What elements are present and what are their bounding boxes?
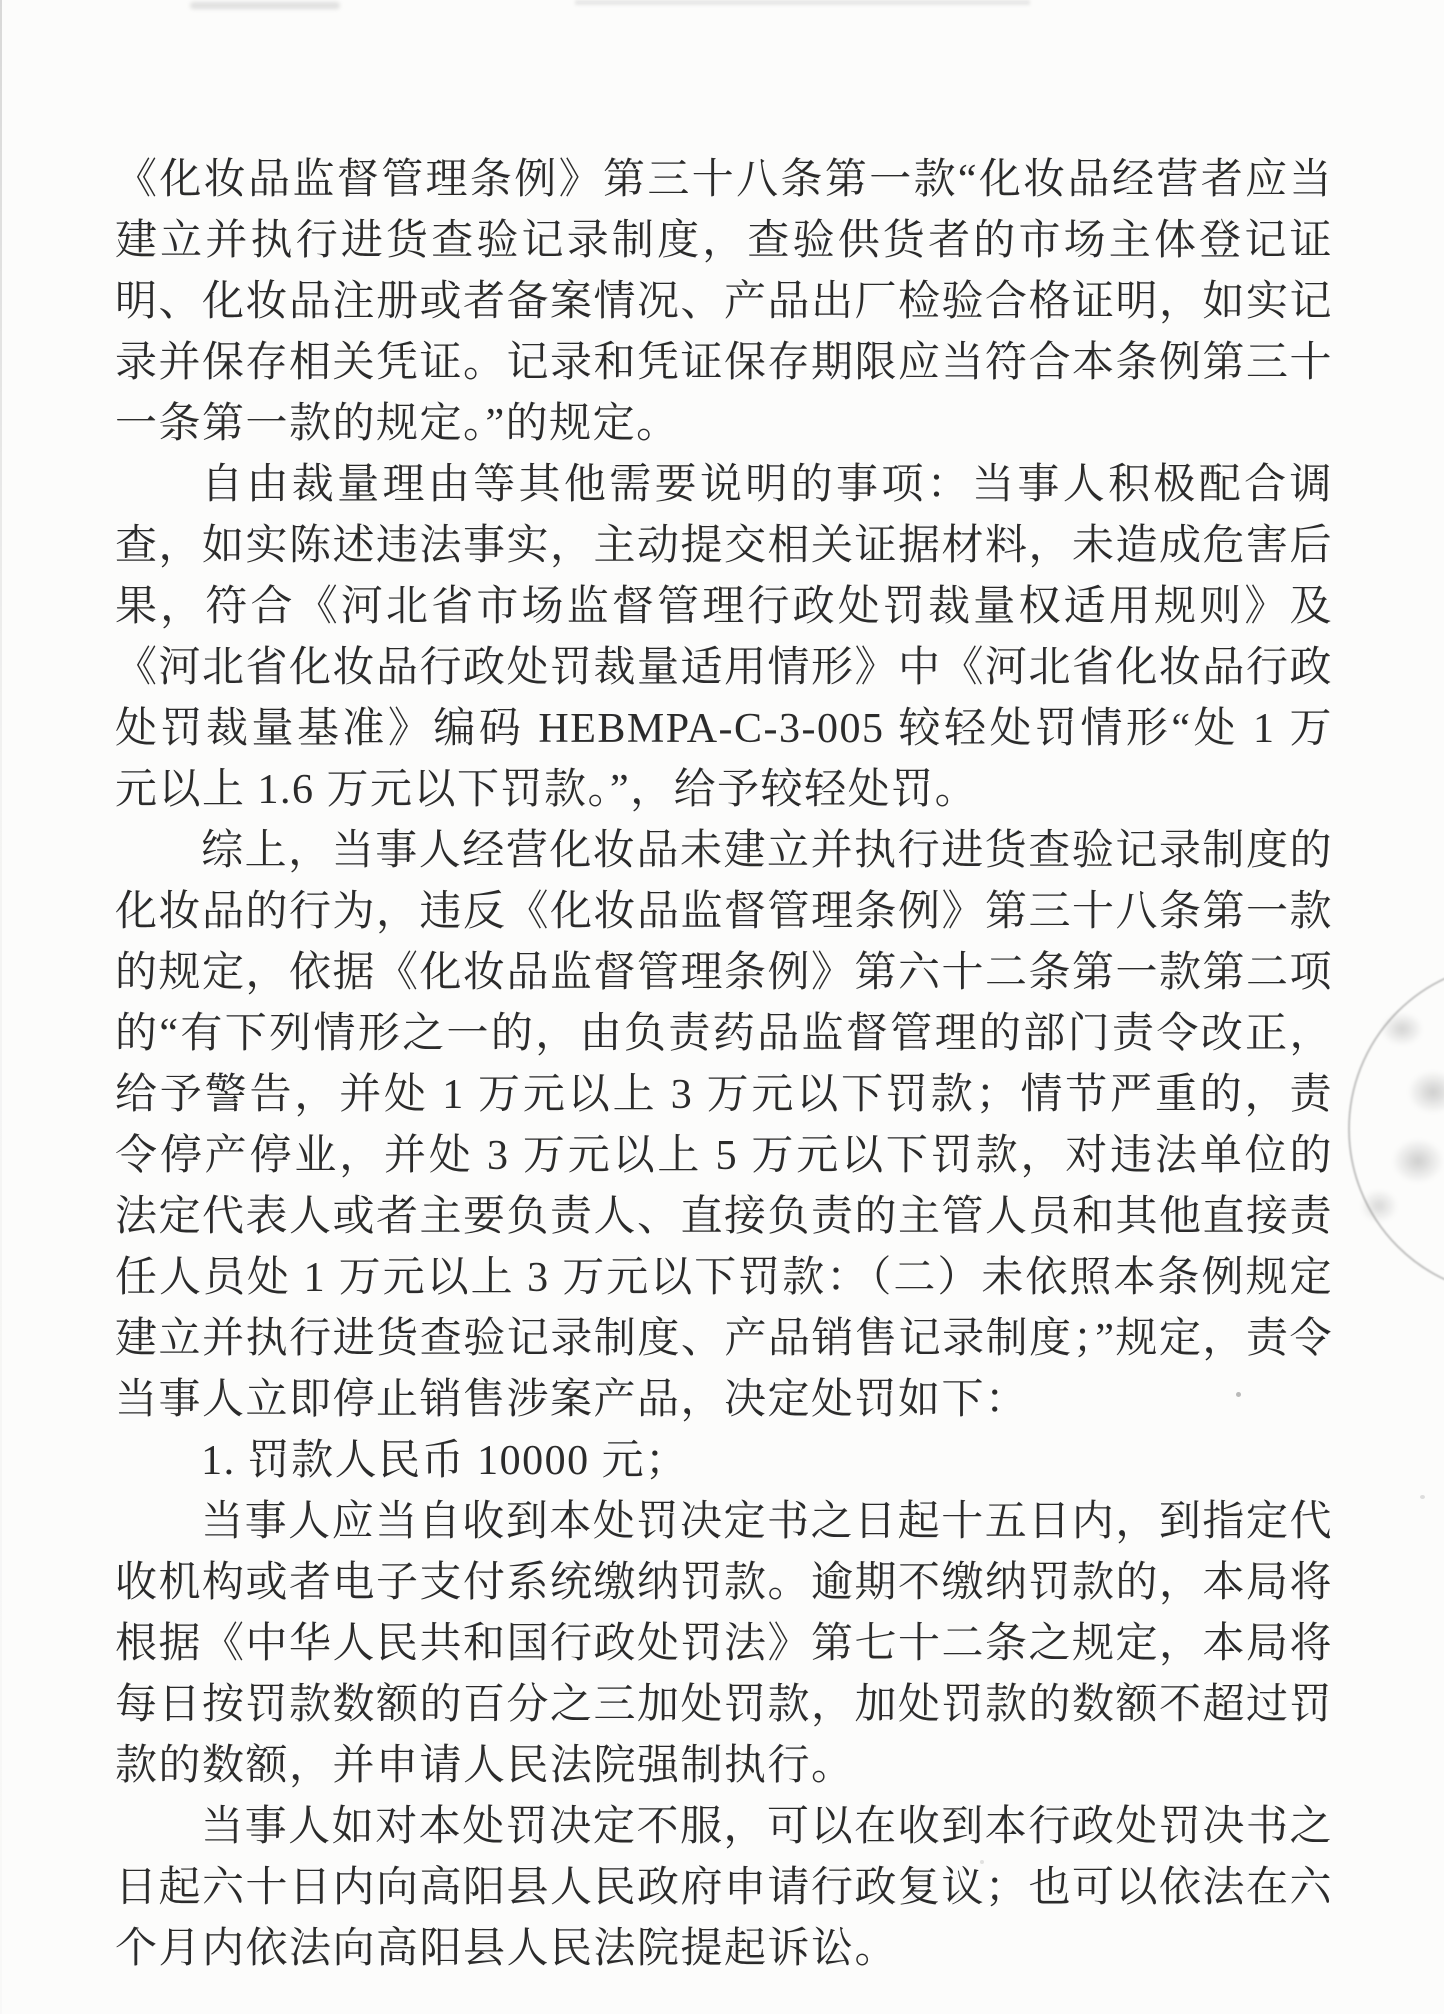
scan-artifact-left-edge xyxy=(0,0,2,2014)
scan-speckle xyxy=(980,1860,984,1864)
scan-speckle xyxy=(620,1595,624,1599)
paragraph-legal-basis-quote: 《化妆品监督管理条例》第三十八条第一款“化妆品经营者应当建立并执行进货查验记录制… xyxy=(115,150,1333,455)
scan-artifact-top-streak xyxy=(190,2,340,9)
paragraph-appeal-rights: 当事人如对本处罚决定不服，可以在收到本行政处罚决书之日起六十日内向高阳县人民政府… xyxy=(115,1797,1333,1980)
seal-ink-smudge xyxy=(1352,1182,1406,1230)
seal-ink-smudge xyxy=(1372,1005,1432,1053)
paragraph-payment-instructions: 当事人应当自收到本处罚决定书之日起十五日内，到指定代收机构或者电子支付系统缴纳罚… xyxy=(115,1492,1333,1797)
scan-artifact-top-streak xyxy=(575,0,1030,5)
paragraph-discretion-reasons: 自由裁量理由等其他需要说明的事项：当事人积极配合调查，如实陈述违法事实，主动提交… xyxy=(115,455,1333,821)
paragraph-conclusion-and-decision: 综上，当事人经营化妆品未建立并执行进货查验记录制度的化妆品的行为，违反《化妆品监… xyxy=(115,821,1333,1431)
document-page: 《化妆品监督管理条例》第三十八条第一款“化妆品经营者应当建立并执行进货查验记录制… xyxy=(0,0,1444,2014)
document-text-block: 《化妆品监督管理条例》第三十八条第一款“化妆品经营者应当建立并执行进货查验记录制… xyxy=(115,150,1333,1980)
paragraph-penalty-item-1: 1. 罚款人民币 10000 元； xyxy=(115,1431,1333,1492)
seal-ink-smudge xyxy=(1382,1130,1444,1192)
scan-speckle xyxy=(1236,1392,1241,1397)
scan-speckle xyxy=(1420,1495,1425,1499)
